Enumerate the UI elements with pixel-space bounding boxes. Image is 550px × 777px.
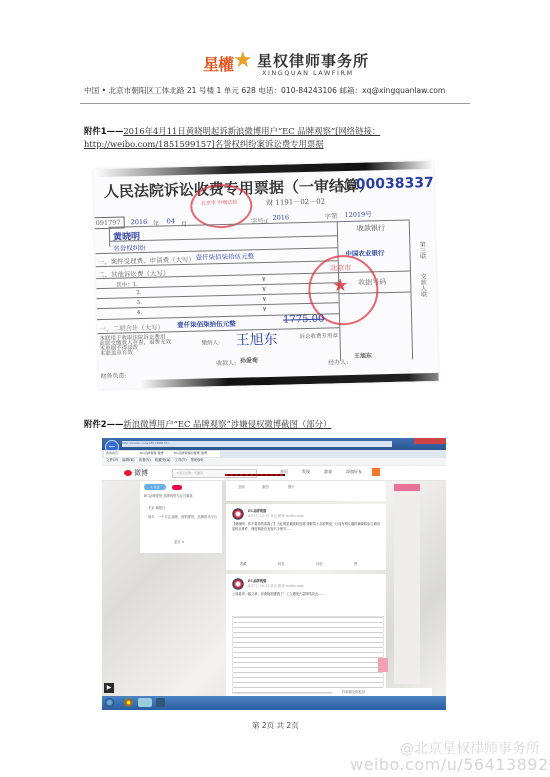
- table-line: [97, 292, 339, 299]
- table-vline: [109, 227, 110, 247]
- finance-code: 财 1191－02－02: [266, 197, 325, 208]
- sub-row-3: 3.: [137, 300, 142, 306]
- scroll-top-button: [378, 658, 388, 672]
- window-controls: [414, 438, 446, 444]
- right-sidebar-header: [394, 484, 420, 491]
- menu-view: 查看(V): [138, 458, 150, 462]
- sub-row-4: 4.: [137, 310, 142, 316]
- firm-logo-mark: 星權: [203, 52, 233, 75]
- post-action-comment: 评论: [316, 562, 323, 567]
- table-vline: [409, 219, 413, 359]
- court-seal-text: 北京市 中级法院: [198, 199, 240, 207]
- total-amount: 1775.00: [283, 314, 325, 326]
- handler-label: 经办人:: [328, 357, 348, 366]
- firm-address: 中国 • 北京市朝阳区工体北路 21 号楼 1 单元 628 电话：010-84…: [84, 85, 445, 96]
- seal-star-icon: ★: [332, 275, 349, 296]
- chrome-icon: [124, 698, 133, 707]
- attachment2-text: 新浪微博用户“EC 品牌观察”涉嫌侵权微博截图（部分）: [123, 419, 331, 429]
- watermark-url: weibo.com/u/5641389205: [350, 755, 550, 774]
- attachment1-label: 附件1——: [84, 126, 123, 136]
- attachment1-text: 2016年4月11日黄晓明起诉新浪微博用户“EC 品牌观察”[网络链接：http…: [84, 126, 380, 149]
- feed-tab-original: 原创: [262, 485, 269, 490]
- more-link: 更多 >: [174, 540, 184, 545]
- browser-menubar: 文件(F)编辑(E)查看(V)收藏夹(A)工具(T)帮助(H): [102, 458, 446, 465]
- currency-2: ¥: [262, 287, 266, 293]
- receipt-number: 00038337: [356, 175, 434, 193]
- post-embedded-image: [232, 616, 384, 694]
- post-username: EC品牌观察: [248, 579, 266, 584]
- scan-edge-shadow: [93, 161, 433, 177]
- attachment2-label: 附件2——: [84, 419, 123, 429]
- firm-name-en: XINGQUAN LAWFIRM: [262, 69, 354, 77]
- post-action-repost: 转发: [278, 562, 285, 567]
- chat-bar: 你和朋友的私信: [332, 688, 432, 696]
- profile-line: 简介：一个专注品牌，营销观察，品牌资讯平台: [148, 515, 218, 520]
- payer-signature: 王旭东: [235, 329, 277, 350]
- page-number: 第 2页 共 2页: [252, 720, 299, 731]
- receipt-no-label: No: [338, 180, 355, 193]
- scan-edge-shadow: [139, 373, 439, 388]
- sub-row-2: 2.: [136, 290, 141, 296]
- month-unit: 月: [181, 219, 188, 228]
- post-username: EC品牌观察: [248, 509, 266, 514]
- post-text: 上周看到一篇文章，说黄晓明遭遇了！工人遭受大量网络攻击……: [232, 592, 382, 612]
- browser-tab: EC品牌观察 微博: [138, 451, 172, 457]
- nav-discover: 发现: [302, 469, 310, 475]
- chat-bar-label: 你和朋友的私信: [342, 690, 365, 694]
- app-icon: [156, 698, 165, 707]
- weibo-eye-icon: [124, 470, 132, 476]
- receipt-month: 04: [167, 217, 175, 225]
- currency-3: ¥: [263, 297, 267, 303]
- case-char: 字第: [324, 211, 337, 220]
- case-number: 12019号: [344, 209, 371, 219]
- copy-side-label: 第三联: [417, 241, 426, 259]
- feed-tab-panel: [226, 481, 386, 501]
- profile-line: EC品牌观察 品牌观察专业自媒体: [144, 494, 193, 499]
- feed-tab-all: 全部: [238, 485, 245, 490]
- handler-name: 王旭东: [354, 350, 372, 359]
- redaction-bar: [225, 474, 285, 476]
- post-action-favorite: 收藏: [240, 562, 247, 567]
- copy-side-label2: 交款人联: [418, 273, 428, 297]
- right-sidebar: [394, 484, 420, 684]
- post-text: 【黄晓明：你不要再伤害我了】当红明星黄晓明近期 频繁卷入各种舆论，日前有网友爆料…: [232, 522, 382, 556]
- badge: [172, 485, 182, 490]
- weibo-logo: 微博: [124, 468, 148, 478]
- fee1-value: 壹仟柒佰柒拾伍元整: [195, 251, 254, 261]
- attachment1-caption: 附件1——2016年4月11日黄晓明起诉新浪微博用户“EC 品牌观察”[网络链接…: [84, 125, 464, 151]
- supervisor-label: 财务负责:: [100, 370, 126, 380]
- post-meta: 4月7日 20:11 来自 微博 weibo.com: [248, 584, 304, 589]
- weibo-screenshot-image: ← http://weibo.com/1851599157/... 我的首页 E…: [102, 438, 446, 710]
- case-year: 2016: [273, 213, 290, 221]
- collector-label: 收款人:: [216, 358, 236, 367]
- bank-seal-text: 北京市: [318, 263, 364, 274]
- collector-name: 孙爱荀: [240, 355, 258, 364]
- start-button-icon: [105, 698, 114, 707]
- dept-seal-label: 诉讼收费专用章: [299, 331, 338, 340]
- menu-edit: 编辑(E): [122, 458, 134, 462]
- firm-name-cn: 星权律师事务所: [257, 50, 369, 71]
- court-fee-receipt-image: 人民法院诉讼收费专用票据（一审结算） No 00038337 财 1191－02…: [93, 161, 438, 389]
- profile-line: 北京 朝阳区: [148, 506, 166, 511]
- browser-tab: 我的首页: [104, 451, 138, 457]
- currency-4: ¥: [263, 307, 267, 313]
- browser-tab-active: EC品牌观察的微博_微博: [172, 451, 220, 457]
- attachment2-caption: 附件2——新浪微博用户“EC 品牌观察”涉嫌侵权微博截图（部分）: [84, 418, 464, 431]
- currency-1: ¥: [262, 277, 266, 283]
- total-value: 壹仟柒佰柒拾伍元整: [177, 319, 236, 329]
- address-bar: http://weibo.com/1851599157/...: [122, 441, 392, 447]
- post-meta: 4月7日 22:12 来自 微博 weibo.com: [248, 514, 304, 519]
- payer-sign-label: 缴纳人:: [202, 338, 221, 346]
- table-line: [109, 235, 337, 242]
- avatar: [232, 578, 244, 590]
- note-line: 本联盖章有效: [100, 350, 172, 357]
- follow-button: + 关注: [144, 484, 166, 490]
- star-logo-icon: ★: [233, 50, 253, 72]
- nav-games: 游戏: [324, 469, 332, 475]
- play-icon: ▶: [104, 683, 114, 693]
- post-action-like: 赞: [354, 562, 357, 567]
- explorer-icon: [138, 698, 152, 707]
- table-line: [97, 302, 339, 309]
- notification-icon: [372, 468, 380, 476]
- feed-tab-images: 图片: [288, 485, 295, 490]
- header-divider: [80, 103, 470, 104]
- receipt-notes: 本联用于收取法院诉讼费用 此联交缴款人存查，退费无效 本单据不得涂改 本联盖章有…: [99, 335, 171, 357]
- menu-favorites: 收藏夹(A): [155, 458, 171, 462]
- windows-taskbar: [102, 696, 446, 710]
- menu-help: 帮助(H): [191, 458, 204, 462]
- menu-file: 文件(F): [106, 458, 118, 462]
- bank-header: 收款银行: [357, 223, 385, 234]
- nav-add-friend: 添加好友: [346, 469, 362, 475]
- weibo-logo-text: 微博: [134, 469, 148, 477]
- avatar: [232, 508, 244, 520]
- menu-tools: 工具(T): [175, 458, 187, 462]
